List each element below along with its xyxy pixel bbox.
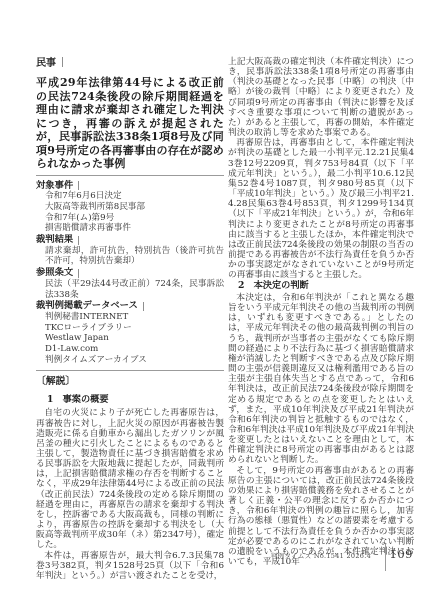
label-divider [78,269,79,278]
page-number: 109 [390,547,413,561]
label-divider [78,181,79,190]
meta-section-items: 令和7年6月6日決定 大阪高等裁判所第8民事部 令和7年(ム)第9号 損害賠償請… [36,191,224,234]
commentary-paragraph: 本決定は，令和6年判決が「これと異なる趣旨をいう平成元年判決その他の当裁判所の判… [228,293,414,466]
right-column: 上記大阪高裁の確定判決（本件確定判決）につき，民事訴訟法338条1項8号所定の再… [228,57,414,567]
meta-section-items: 民法（平29法44号改正前）724条，民事訴訟法338条 [36,279,224,301]
label-divider [143,302,144,311]
category-label: 民事 [36,54,56,69]
meta-item: 令和7年6月6日決定 [45,191,224,202]
commentary-paragraph-continued: 上記大阪高裁の確定判決（本件確定判決）につき，民事訴訟法338条1項8号所定の再… [228,57,414,138]
meta-item: TKCローライブラリー [45,323,224,334]
meta-section-label-row: 対象事件 [36,181,224,192]
left-column: 民事 平成29年法律第44号による改正前の民法724条後段の除斥期間経過を理由に… [36,54,224,581]
meta-item: 大阪高等裁判所第8民事部 [45,202,224,213]
commentary-paragraph: 自宅の火災により子が死亡した再審原告は，再審被告に対し，上記火災の原因が再審被告… [36,408,224,550]
meta-section-databases: 裁判例掲載データベース 判例秘書INTERNET TKCローライブラリー Wes… [36,301,224,365]
case-headline: 平成29年法律第44号による改正前の民法724条後段の除斥期間経過を理由に請求が… [36,76,224,171]
label-divider [78,236,79,245]
meta-section-label-row: 裁判結果 [36,235,224,246]
meta-item: D1-Law.com [45,344,224,355]
meta-section-case: 対象事件 令和7年6月6日決定 大阪高等裁判所第8民事部 令和7年(ム)第9号 … [36,181,224,235]
category-divider [62,57,63,67]
meta-section-label: 裁判結果 [36,235,73,246]
meta-item: 民法（平29法44号改正前）724条，民事訴訟法338条 [45,279,224,301]
section-1-heading: 1 事案の概要 [36,395,224,406]
meta-item: 損害賠償請求再審事件 [45,223,224,234]
footer-divider [385,544,386,571]
meta-section-label-row: 裁判例掲載データベース [36,301,224,312]
journal-page: 民事 平成29年法律第44号による改正前の民法724条後段の除斥期間経過を理由に… [0,0,441,600]
section-2-heading: 2 本決定の判断 [228,281,414,292]
meta-section-items: 請求棄却，許可抗告，特別抗告（後許可抗告不許可，特別抗告棄却） [36,246,224,268]
meta-section-label: 参照条文 [36,268,73,279]
meta-section-statutes: 参照条文 民法（平29法44号改正前）724条，民事訴訟法338条 [36,268,224,300]
meta-section-label: 裁判例掲載データベース [36,301,138,312]
headline-rule [36,175,224,176]
footer-journal-info: 判例タイムズ No.1541 2026.4 [271,551,371,560]
commentary-paragraph: 本件は，再審原告が，最大判令6.7.3民集78巻3号382頁，判タ1528号25… [36,551,224,581]
meta-section-label: 対象事件 [36,181,73,192]
commentary-paragraph: 再審原告は，再審事由として，本件確定判決が判決の基礎とした最一小判平元.12.2… [228,138,414,280]
meta-item: 判例秘書INTERNET [45,312,224,323]
meta-item: 判例タイムズアーカイブス [45,355,224,366]
commentary-header: 〔解説〕 [36,376,224,388]
meta-item: 請求棄却，許可抗告，特別抗告（後許可抗告不許可，特別抗告棄却） [45,246,224,268]
meta-section-result: 裁判結果 請求棄却，許可抗告，特別抗告（後許可抗告不許可，特別抗告棄却） [36,235,224,267]
meta-section-label-row: 参照条文 [36,268,224,279]
meta-item: Westlaw Japan [45,333,224,344]
commentary-rule [36,370,224,371]
meta-item: 令和7年(ム)第9号 [45,213,224,224]
meta-section-items: 判例秘書INTERNET TKCローライブラリー Westlaw Japan D… [36,312,224,366]
category-label-row: 民事 [36,54,224,69]
